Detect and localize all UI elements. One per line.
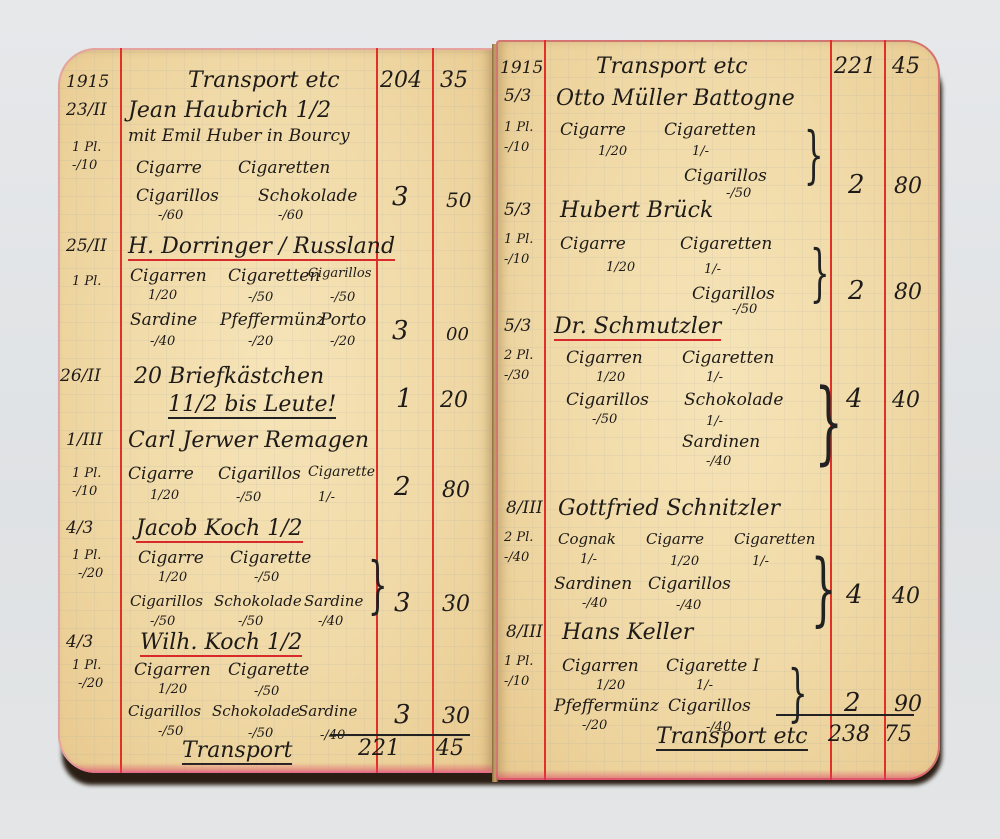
entry-qty-note: 1 Pl. — [504, 232, 533, 247]
footer-label: Transport etc — [656, 724, 808, 751]
entry-marks: 1 — [396, 384, 413, 414]
entry-date: 5/3 — [504, 86, 531, 106]
entry-name: Wilh. Koch 1/2 — [140, 630, 302, 657]
bracket: } — [814, 370, 843, 475]
item-price: -/50 — [330, 290, 355, 305]
item-price: 1/- — [692, 144, 709, 159]
entry-sub-note: -/10 — [504, 140, 529, 155]
item-price: -/50 — [592, 412, 617, 427]
item-price: 1/20 — [596, 370, 625, 385]
item-price: -/60 — [158, 208, 183, 223]
item-label: Cigarillos — [684, 166, 767, 186]
header-label: Transport etc — [188, 68, 340, 93]
item-price: 1/20 — [606, 260, 635, 275]
entry-qty-note: 2 Pl. — [504, 530, 533, 545]
item-price: 1/20 — [598, 144, 627, 159]
item-label: Cigarre — [128, 464, 194, 484]
footer-pfennig: 45 — [436, 736, 464, 761]
entry-date: 23/II — [66, 100, 107, 120]
entry-marks: 3 — [392, 316, 409, 346]
entry-pfennig: 40 — [892, 584, 920, 609]
item-price: 1/- — [580, 552, 597, 567]
year: 1915 — [66, 72, 109, 92]
entry-name: Gottfried Schnitzler — [558, 496, 780, 521]
item-price: -/50 — [254, 570, 279, 585]
item-label: Pfeffermünz — [220, 310, 325, 330]
entry-sub-note: -/30 — [504, 368, 529, 383]
entry-date: 4/3 — [66, 518, 93, 538]
item-price: 1/- — [696, 678, 713, 693]
entry-date: 1/III — [66, 430, 103, 450]
entry-pfennig: 20 — [440, 388, 468, 413]
header-pfennig: 35 — [440, 68, 468, 93]
entry-name: H. Dorringer / Russland — [128, 234, 395, 261]
bracket: } — [788, 656, 808, 729]
entry-pfennig: 00 — [446, 324, 469, 345]
item-label: Cigarillos — [668, 696, 751, 716]
entry-sub-note: -/40 — [504, 550, 529, 565]
item-price: -/50 — [150, 614, 175, 629]
item-price: 1/- — [706, 370, 723, 385]
item-label: Cigarette — [228, 660, 309, 680]
entry-sub-note: -/10 — [72, 484, 97, 499]
item-label: Sardine — [304, 592, 363, 610]
item-price: -/60 — [278, 208, 303, 223]
entry-date: 8/III — [506, 498, 543, 518]
entry-date: 25/II — [66, 236, 107, 256]
item-label: Cigarren — [134, 660, 211, 680]
entry-pfennig: 30 — [442, 592, 470, 617]
item-label: Porto — [320, 310, 366, 330]
entry-date: 26/II — [60, 366, 101, 386]
footer-marks: 238 — [828, 722, 870, 747]
entry-sub-note: -/10 — [72, 158, 97, 173]
entry-pfennig: 40 — [892, 388, 920, 413]
entry-name-line2: mit Emil Huber in Bourcy — [128, 126, 350, 146]
item-label: Cigarette — [308, 464, 375, 480]
entry-name: Dr. Schmutzler — [554, 314, 721, 341]
item-label: Cigarre — [560, 234, 626, 254]
entry-qty-note: 1 Pl. — [504, 654, 533, 669]
item-label: Cognak — [558, 530, 616, 548]
entry-qty-note: 1 Pl. — [504, 120, 533, 135]
header-marks: 204 — [380, 68, 422, 93]
item-label: Cigarillos — [136, 186, 219, 206]
margin-rule — [544, 40, 546, 780]
left-page: 1915 Transport etc 204 35 23/II 1 Pl. -/… — [58, 48, 494, 773]
item-label: Cigarillos — [130, 592, 203, 610]
item-label: Cigarillos — [648, 574, 731, 594]
item-price: -/20 — [582, 718, 607, 733]
item-price: -/20 — [330, 334, 355, 349]
item-price: -/20 — [248, 334, 273, 349]
item-label: Schokolade — [684, 390, 783, 410]
item-label: Schokolade — [212, 702, 300, 720]
item-label: Cigaretten — [664, 120, 756, 140]
entry-qty-note: 1 Pl. — [72, 658, 101, 673]
item-price: 1/- — [706, 414, 723, 429]
item-label: Cigarre — [138, 548, 204, 568]
entry-marks: 2 — [848, 170, 865, 200]
entry-name: Jean Haubrich 1/2 — [128, 98, 331, 123]
bracket: } — [804, 118, 824, 191]
item-price: 1/20 — [670, 554, 699, 569]
entry-sub-note: -/20 — [78, 566, 103, 581]
footer-marks: 221 — [358, 736, 400, 761]
entry-marks: 4 — [846, 580, 863, 610]
entry-sub-note: -/10 — [504, 674, 529, 689]
item-price: 1/20 — [150, 488, 179, 503]
item-price: -/40 — [582, 596, 607, 611]
entry-marks: 4 — [846, 384, 863, 414]
item-price: -/40 — [150, 334, 175, 349]
item-price: -/50 — [726, 186, 751, 201]
item-label: Cigarillos — [692, 284, 775, 304]
item-price: -/50 — [254, 684, 279, 699]
header-marks: 221 — [834, 54, 876, 79]
entry-pfennig: 80 — [894, 174, 922, 199]
item-price: -/50 — [236, 490, 261, 505]
item-price: -/40 — [706, 454, 731, 469]
item-label: Cigarren — [566, 348, 643, 368]
entry-sub-note: -/10 — [504, 252, 529, 267]
marks-column-rule — [376, 48, 378, 773]
pfennig-column-rule — [432, 48, 434, 773]
item-label: Cigarillos — [566, 390, 649, 410]
item-label: Cigaretten — [734, 530, 815, 548]
entry-sub-note: -/20 — [78, 676, 103, 691]
item-label: Cigaretten — [680, 234, 772, 254]
item-label: Cigarren — [562, 656, 639, 676]
item-label: Cigarillos — [308, 266, 371, 281]
entry-name-line2: 11/2 bis Leute! — [168, 392, 336, 419]
entry-qty-note: 2 Pl. — [504, 348, 533, 363]
item-label: Cigaretten — [238, 158, 330, 178]
entry-name: Carl Jerwer Remagen — [128, 428, 369, 453]
item-price: -/40 — [676, 598, 701, 613]
item-price: 1/20 — [148, 288, 177, 303]
right-page: 1915 Transport etc 221 45 5/3 1 Pl. -/10… — [496, 40, 940, 780]
bracket: } — [810, 236, 830, 309]
entry-pfennig: 80 — [442, 478, 470, 503]
header-pfennig: 45 — [892, 54, 920, 79]
item-price: 1/20 — [596, 678, 625, 693]
item-price: -/40 — [318, 614, 343, 629]
item-label: Cigarre — [646, 530, 704, 548]
entry-marks: 3 — [394, 588, 411, 618]
entry-pfennig: 80 — [894, 280, 922, 305]
pfennig-column-rule — [884, 40, 886, 780]
entry-name: Hans Keller — [562, 620, 693, 645]
item-price: 1/- — [318, 490, 335, 505]
item-label: Schokolade — [258, 186, 357, 206]
margin-rule — [120, 48, 122, 773]
entry-name: 20 Briefkästchen — [134, 364, 324, 389]
footer-pfennig: 75 — [884, 722, 912, 747]
item-label: Sardinen — [554, 574, 632, 594]
item-label: Pfeffermünz — [554, 696, 659, 716]
header-label: Transport etc — [596, 54, 748, 79]
entry-qty-note: 1 Pl. — [72, 140, 101, 155]
item-price: 1/20 — [158, 570, 187, 585]
item-price: -/50 — [238, 614, 263, 629]
entry-qty-note: 1 Pl. — [72, 274, 101, 289]
item-price: 1/- — [704, 262, 721, 277]
item-label: Sardinen — [682, 432, 760, 452]
entry-qty-note: 1 Pl. — [72, 466, 101, 481]
item-label: Cigarillos — [218, 464, 301, 484]
entry-name: Otto Müller Battogne — [556, 86, 795, 111]
item-price: 1/20 — [158, 682, 187, 697]
item-label: Sardine — [298, 702, 357, 720]
year: 1915 — [500, 58, 543, 78]
entry-marks: 2 — [394, 472, 411, 502]
item-label: Cigarre — [560, 120, 626, 140]
item-label: Cigaretten — [682, 348, 774, 368]
item-price: -/50 — [248, 290, 273, 305]
item-label: Sardine — [130, 310, 197, 330]
entry-marks: 3 — [392, 182, 409, 212]
bracket: } — [811, 542, 836, 635]
entry-pfennig: 50 — [446, 188, 471, 212]
bracket: } — [368, 548, 388, 621]
entry-name: Jacob Koch 1/2 — [136, 516, 303, 543]
item-label: Cigarette — [230, 548, 311, 568]
item-label: Cigarillos — [128, 702, 201, 720]
entry-date: 8/III — [506, 622, 543, 642]
entry-date: 5/3 — [504, 200, 531, 220]
item-label: Cigaretten — [228, 266, 320, 286]
entry-qty-note: 1 Pl. — [72, 548, 101, 563]
entry-date: 5/3 — [504, 316, 531, 336]
item-label: Schokolade — [214, 592, 302, 610]
entry-date: 4/3 — [66, 632, 93, 652]
item-label: Cigarre — [136, 158, 202, 178]
entry-pfennig: 30 — [442, 704, 470, 729]
footer-label: Transport — [182, 738, 292, 765]
item-label: Cigarette I — [666, 656, 760, 676]
item-price: 1/- — [752, 554, 769, 569]
item-price: -/50 — [158, 724, 183, 739]
item-label: Cigarren — [130, 266, 207, 286]
entry-name: Hubert Brück — [560, 198, 713, 223]
sum-line — [776, 714, 914, 716]
entry-marks: 3 — [394, 700, 411, 730]
entry-marks: 2 — [848, 276, 865, 306]
item-price: -/50 — [732, 302, 757, 317]
